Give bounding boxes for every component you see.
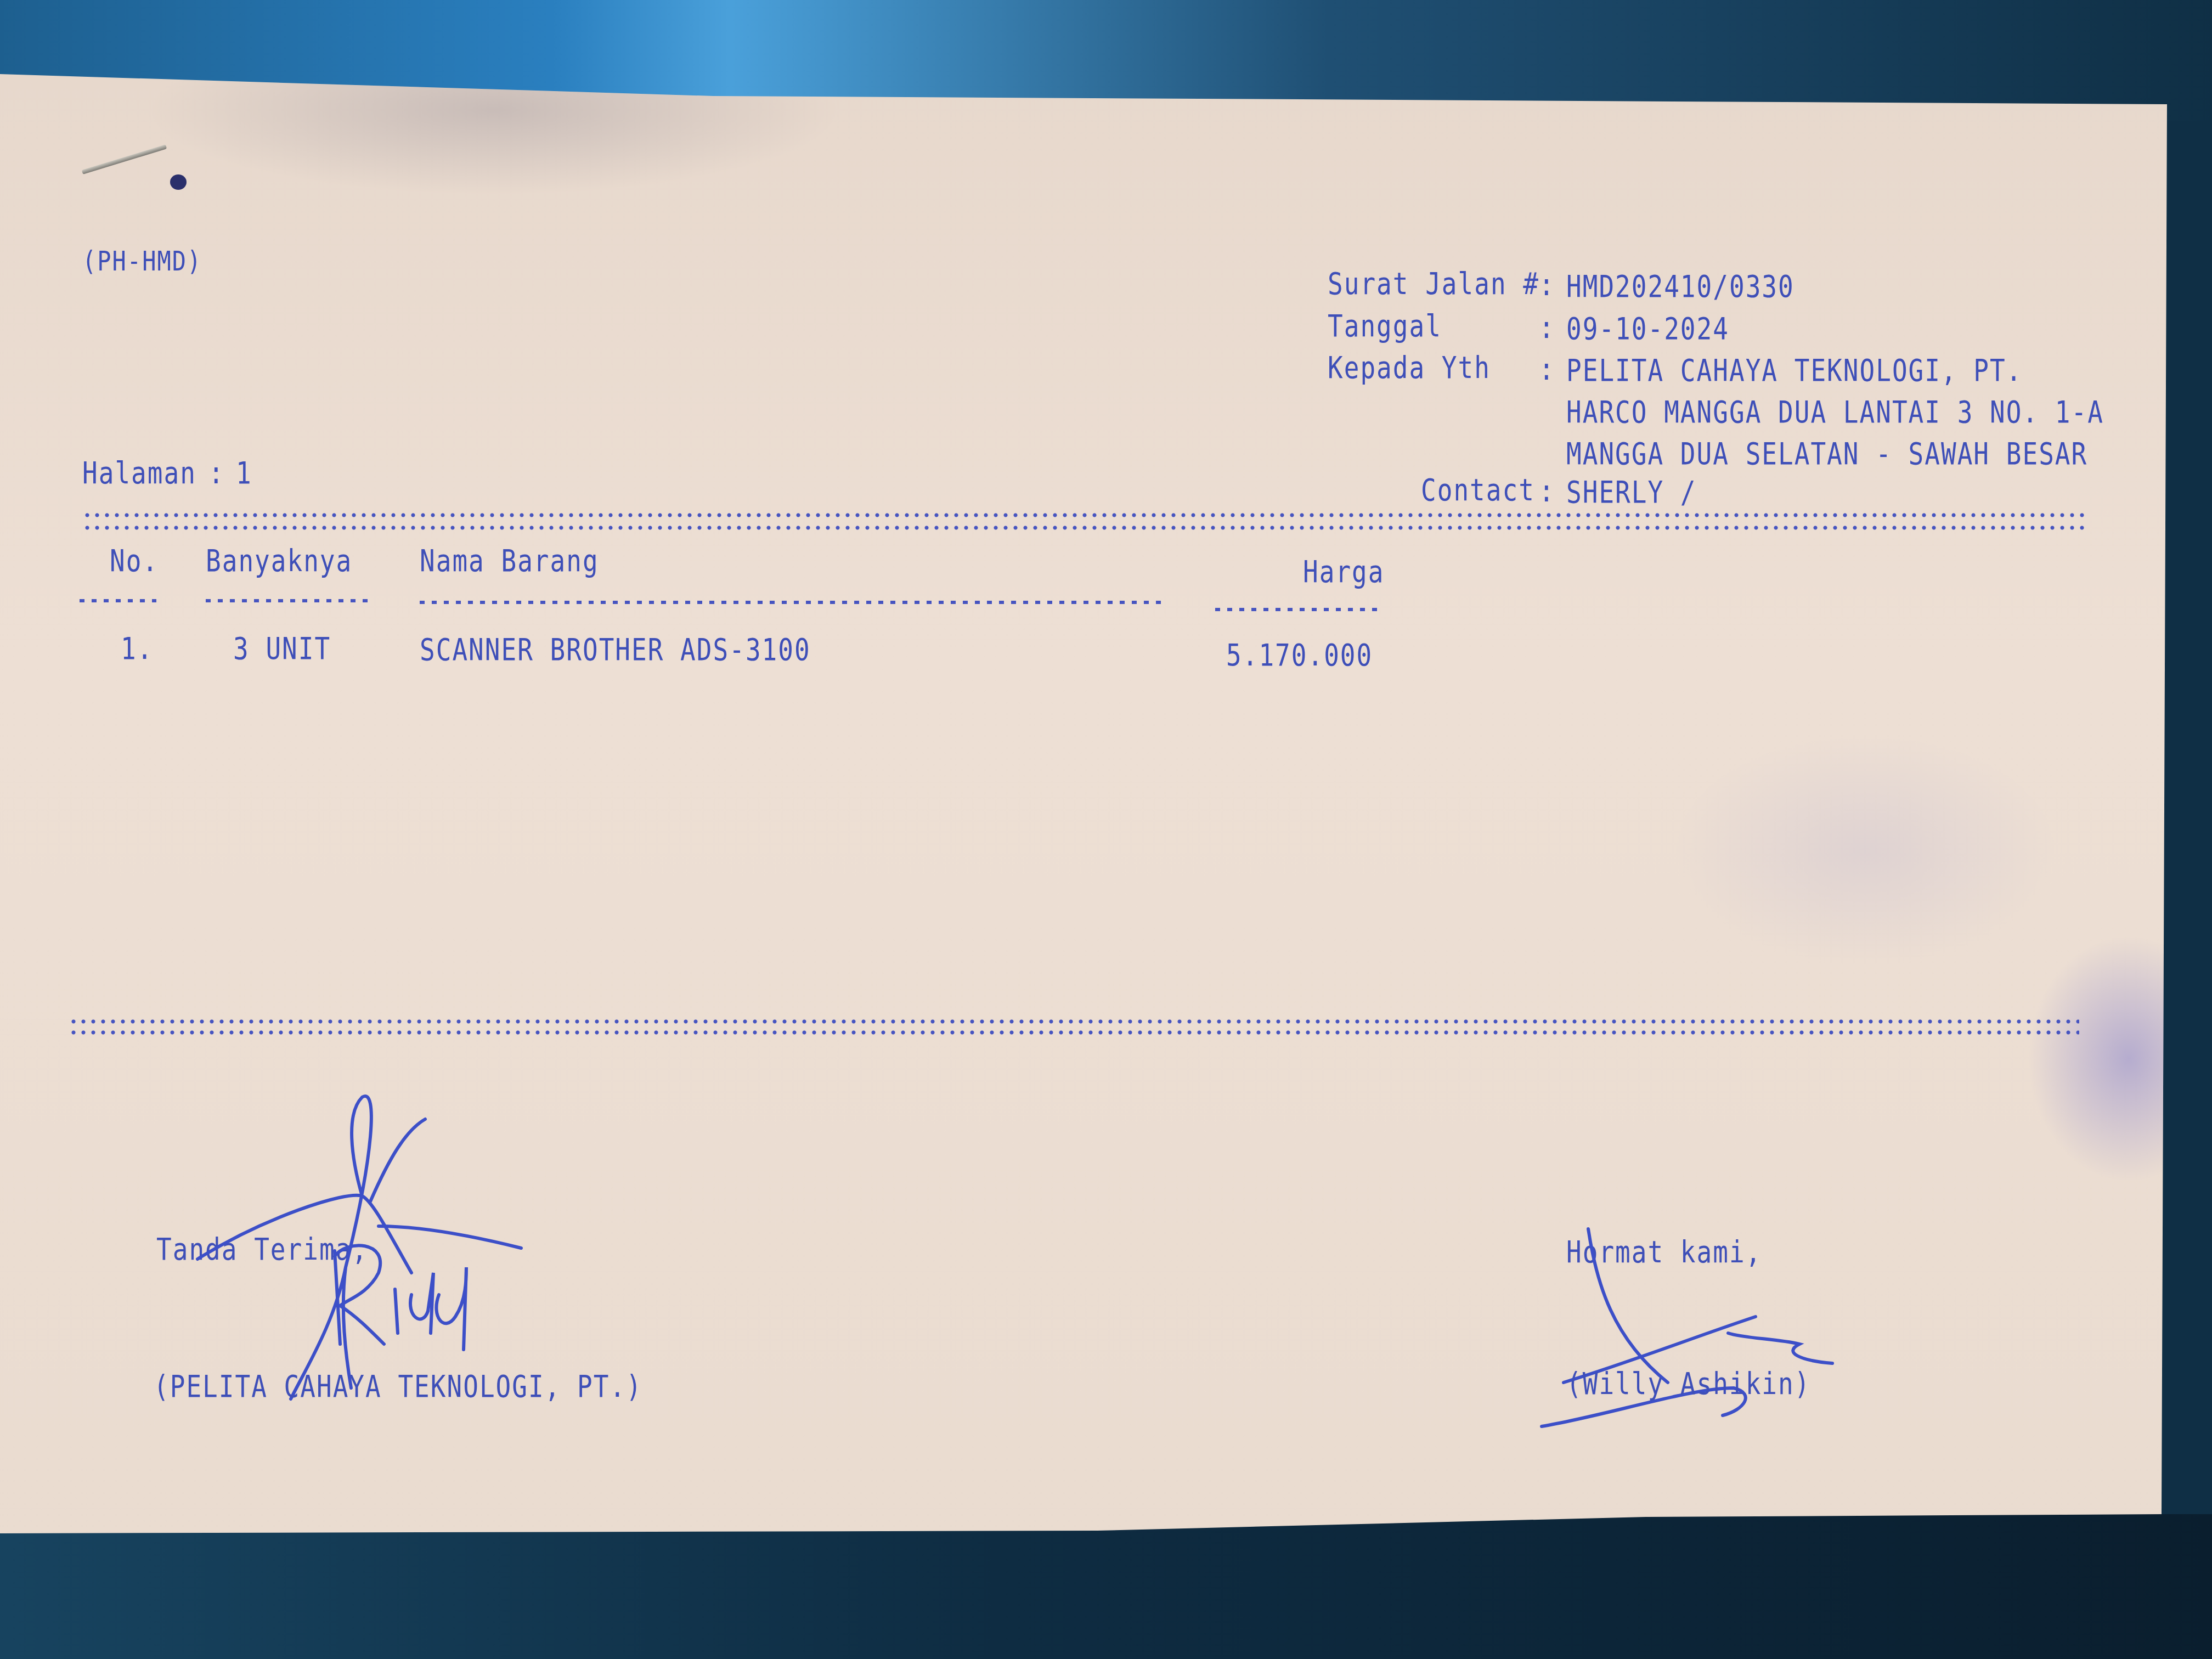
recipient-name: PELITA CAHAYA TEKNOLOGI, PT. <box>1566 356 2022 385</box>
staple-hole-icon <box>170 174 187 190</box>
page-separator: : <box>208 458 225 488</box>
column-underline-no <box>80 599 156 602</box>
receiver-company: (PELITA CAHAYA TEKNOLOGI, PT.) <box>154 1372 642 1401</box>
recipient-address-line-1: HARCO MANGGA DUA LANTAI 3 NO. 1-A <box>1566 397 2104 427</box>
row-quantity: 3 UNIT <box>233 634 331 663</box>
date-label: Tanggal <box>1328 311 1442 341</box>
sender-name: (Willy Ashikin) <box>1566 1369 1810 1398</box>
contact-label: Contact <box>1421 475 1535 505</box>
row-price: 5.170.000 <box>1226 640 1373 670</box>
separator-bottom-line-2 <box>69 1030 2079 1035</box>
column-header-item-name: Nama Barang <box>420 546 599 575</box>
recipient-separator: : <box>1539 354 1555 384</box>
row-number: 1. <box>121 634 153 663</box>
page-number: 1 <box>236 458 252 488</box>
contact-separator: : <box>1539 476 1555 506</box>
column-header-no: No. <box>110 546 159 575</box>
branch-code: (PH-HMD) <box>82 248 202 275</box>
delivery-note-paper: (PH-HMD) Surat Jalan # : HMD202410/0330 … <box>0 0 2212 1659</box>
column-underline-quantity <box>206 599 373 602</box>
contact-value: SHERLY / <box>1566 477 1697 507</box>
separator-top-line-2 <box>82 526 2085 530</box>
date-value: 09-10-2024 <box>1566 314 1729 343</box>
sender-signature-icon <box>1525 1218 1909 1437</box>
date-separator: : <box>1539 313 1555 342</box>
column-underline-price <box>1215 608 1377 611</box>
delivery-note-label: Surat Jalan # <box>1328 269 1539 298</box>
row-item-name: SCANNER BROTHER ADS-3100 <box>420 635 811 664</box>
delivery-note-number: HMD202410/0330 <box>1566 272 1795 301</box>
staple-icon <box>82 144 167 174</box>
column-underline-item-name <box>420 601 1166 604</box>
recipient-label: Kepada Yth <box>1328 353 1491 382</box>
recipient-address-line-2: MANGGA DUA SELATAN - SAWAH BESAR <box>1566 439 2087 469</box>
page-label: Halaman <box>82 458 196 488</box>
delivery-note-separator: : <box>1539 270 1555 300</box>
background-surface-bottom <box>0 1514 2212 1659</box>
separator-top-line-1 <box>82 513 2085 517</box>
separator-bottom-line-1 <box>69 1019 2079 1024</box>
column-header-quantity: Banyaknya <box>206 546 352 575</box>
column-header-price: Harga <box>1303 557 1384 586</box>
